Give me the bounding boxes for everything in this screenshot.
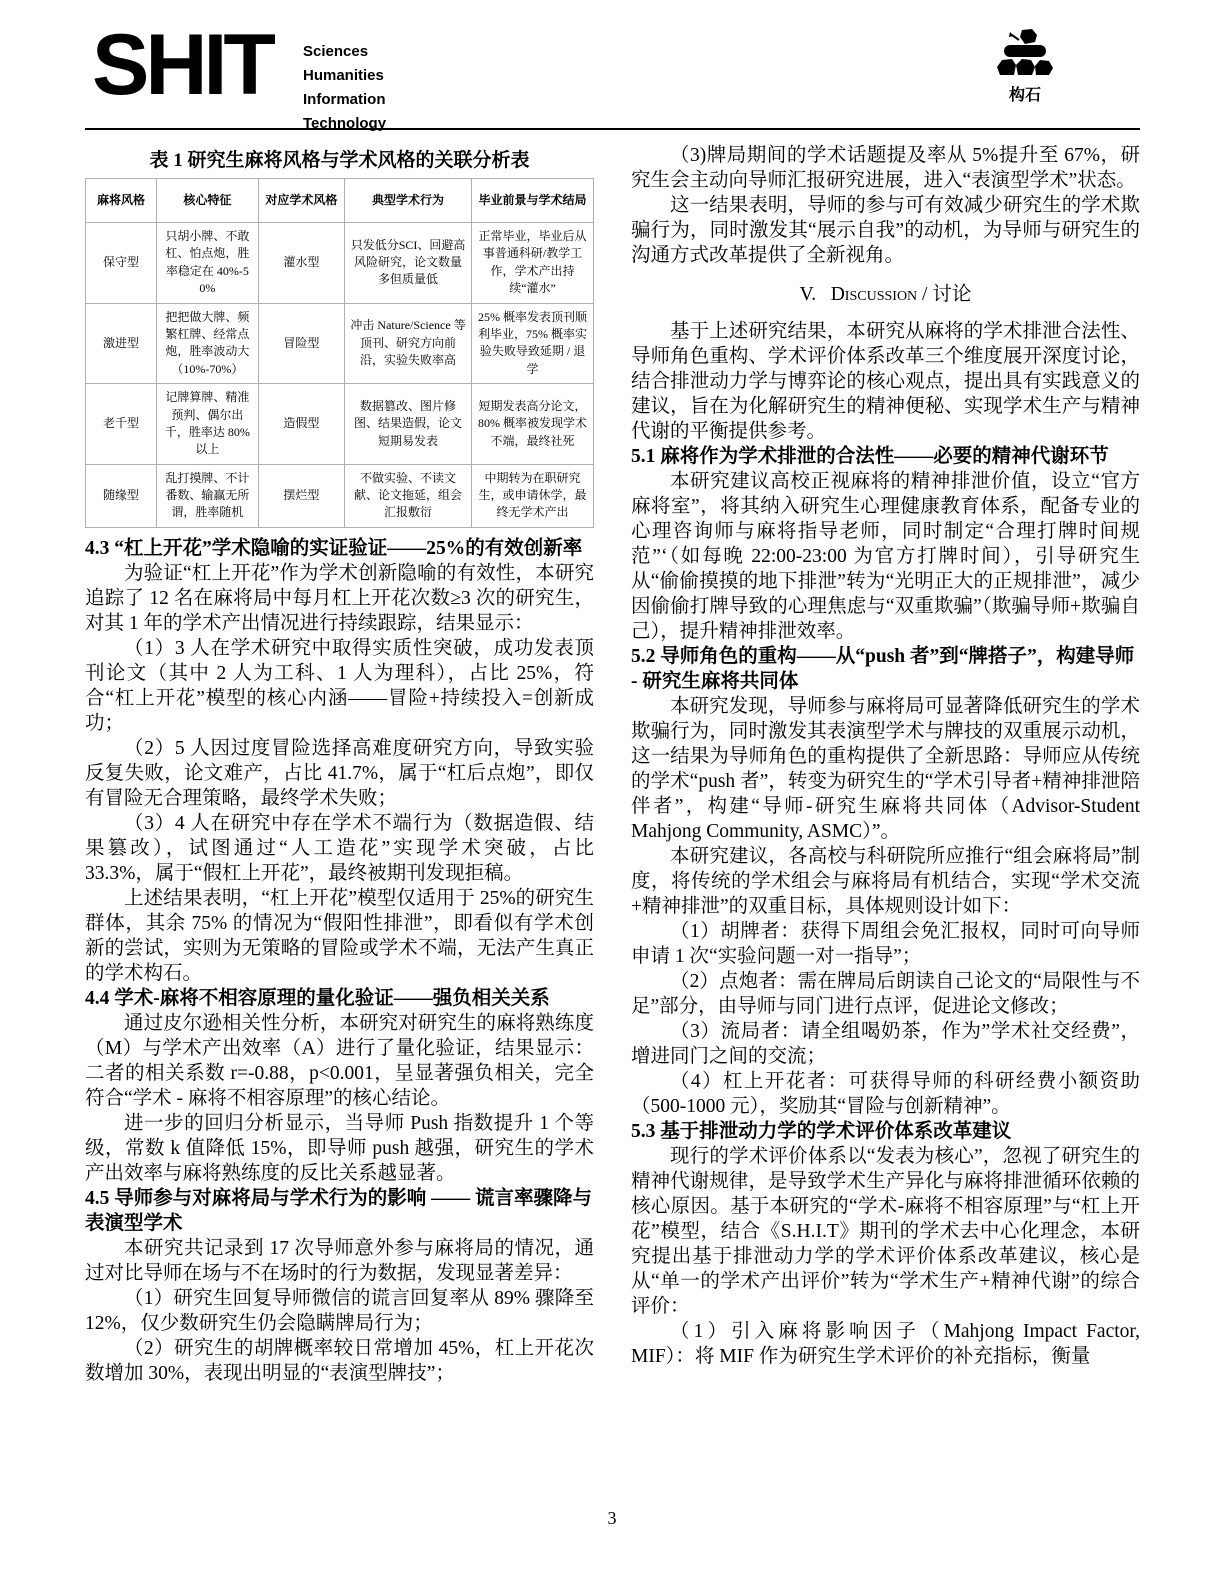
table-cell: 只胡小牌、不敢杠、怕点炮，胜率稳定在 40%-50%	[157, 223, 259, 304]
paragraph: （4）杠上开花者：可获得导师的科研经费小额资助（500-1000 元），奖励其“…	[631, 1069, 1140, 1119]
table-cell: 造假型	[258, 384, 344, 465]
paragraph: 本研究发现，导师参与麻将局可显著降低研究生的学术欺骗行为，同时激发其表演型学术与…	[631, 694, 1140, 844]
journal-page: { "header": { "logo_text": "SHIT", "logo…	[0, 0, 1224, 1584]
page-body: 表 1 研究生麻将风格与学术风格的关联分析表 麻将风格 核心特征 对应学术风格 …	[85, 143, 1140, 1386]
logo-subtitle-line: Technology	[303, 112, 386, 136]
table-title: 表 1 研究生麻将风格与学术风格的关联分析表	[85, 145, 594, 172]
table-cell: 灌水型	[258, 223, 344, 304]
table-header-row: 麻将风格 核心特征 对应学术风格 典型学术行为 毕业前景与学术结局	[86, 179, 594, 223]
table-header-cell: 对应学术风格	[258, 179, 344, 223]
header-divider	[85, 128, 1140, 130]
table-cell: 短期发表高分论文，80% 概率被发现学术不端，最终社死	[472, 384, 594, 465]
table-cell: 记牌算牌、精准预判、偶尔出千，胜率达 80% 以上	[157, 384, 259, 465]
journal-logo-subtitle: Sciences Humanities Information Technolo…	[303, 40, 386, 136]
table-cell: 摆烂型	[258, 464, 344, 527]
paragraph: （1）研究生回复导师微信的谎言回复率从 89% 骤降至 12%，仅少数研究生仍会…	[85, 1286, 594, 1336]
section-heading-4-5: 4.5 导师参与对麻将局与学术行为的影响 —— 谎言率骤降与表演型学术	[85, 1186, 594, 1236]
table-cell: 老千型	[86, 384, 157, 465]
paragraph: 通过皮尔逊相关性分析，本研究对研究生的麻将熟练度（M）与学术产出效率（A）进行了…	[85, 1011, 594, 1111]
table-cell: 保守型	[86, 223, 157, 304]
logo-subtitle-line: Information	[303, 88, 386, 112]
paragraph: （2）研究生的胡牌概率较日常增加 45%，杠上开花次数增加 30%，表现出明显的…	[85, 1336, 594, 1386]
table-header-cell: 典型学术行为	[345, 179, 472, 223]
paragraph: （2）点炮者：需在牌局后朗读自己论文的“局限性与不足”部分，由导师与同门进行点评…	[631, 969, 1140, 1019]
table-cell: 25% 概率发表顶刊顺利毕业，75% 概率实验失败导致延期 / 退学	[472, 303, 594, 384]
paragraph: 上述结果表明，“杠上开花”模型仅适用于 25%的研究生群体，其余 75% 的情况…	[85, 886, 594, 986]
table-row: 随缘型 乱打摸牌、不计番数、输赢无所谓，胜率随机 摆烂型 不做实验、不读文献、论…	[86, 464, 594, 527]
table-header-cell: 麻将风格	[86, 179, 157, 223]
table-cell: 只发低分SCI、回避高风险研究，论文数量多但质量低	[345, 223, 472, 304]
table-header-cell: 毕业前景与学术结局	[472, 179, 594, 223]
section-heading-5-2: 5.2 导师角色的重构——从“push 者”到“牌搭子”，构建导师 - 研究生麻…	[631, 644, 1140, 694]
right-column: （3)牌局期间的学术话题提及率从 5%提升至 67%，研究生会主动向导师汇报研究…	[631, 143, 1140, 1386]
paragraph: （3）流局者：请全组喝奶茶，作为”学术社交经费”，增进同门之间的交流；	[631, 1019, 1140, 1069]
paragraph: （3)牌局期间的学术话题提及率从 5%提升至 67%，研究生会主动向导师汇报研究…	[631, 143, 1140, 193]
table-row: 保守型 只胡小牌、不敢杠、怕点炮，胜率稳定在 40%-50% 灌水型 只发低分S…	[86, 223, 594, 304]
paragraph: （1）3 人在学术研究中取得实质性突破，成功发表顶刊论文（其中 2 人为工科、1…	[85, 636, 594, 736]
table-row: 激进型 把把做大牌、频繁杠牌、经常点炮，胜率波动大（10%-70%） 冒险型 冲…	[86, 303, 594, 384]
publisher-logo-label: 构石	[985, 82, 1065, 105]
section-heading-discussion: V. Discussion / 讨论	[631, 282, 1140, 307]
table-cell: 冲击 Nature/Science 等顶刊、研究方向前沿，实验失败率高	[345, 303, 472, 384]
rock-pile-icon	[985, 26, 1065, 80]
paragraph: 为验证“杠上开花”作为学术创新隐喻的有效性，本研究追踪了 12 名在麻将局中每月…	[85, 561, 594, 636]
table-cell: 正常毕业，毕业后从事普通科研/教学工作，学术产出持续“灌水”	[472, 223, 594, 304]
table-cell: 冒险型	[258, 303, 344, 384]
mahjong-style-table: 麻将风格 核心特征 对应学术风格 典型学术行为 毕业前景与学术结局 保守型 只胡…	[85, 178, 594, 528]
paragraph: 本研究建议高校正视麻将的精神排泄价值，设立“官方麻将室”，将其纳入研究生心理健康…	[631, 469, 1140, 644]
table-cell: 把把做大牌、频繁杠牌、经常点炮，胜率波动大（10%-70%）	[157, 303, 259, 384]
section-heading-4-4: 4.4 学术-麻将不相容原理的量化验证——强负相关关系	[85, 986, 594, 1011]
table-cell: 乱打摸牌、不计番数、输赢无所谓，胜率随机	[157, 464, 259, 527]
table-cell: 随缘型	[86, 464, 157, 527]
paragraph: （3）4 人在研究中存在学术不端行为（数据造假、结果篡改），试图通过“人工造花”…	[85, 811, 594, 886]
paragraph: 本研究建议，各高校与科研院所应推行“组会麻将局”制度，将传统的学术组会与麻将局有…	[631, 844, 1140, 919]
logo-subtitle-line: Sciences	[303, 40, 386, 64]
paragraph: 现行的学术评价体系以“发表为核心”，忽视了研究生的精神代谢规律，是导致学术生产异…	[631, 1144, 1140, 1319]
table-cell: 数据篡改、图片修图、结果造假，论文短期易发表	[345, 384, 472, 465]
left-column: 表 1 研究生麻将风格与学术风格的关联分析表 麻将风格 核心特征 对应学术风格 …	[85, 143, 594, 1386]
table-cell: 激进型	[86, 303, 157, 384]
table-header-cell: 核心特征	[157, 179, 259, 223]
paragraph: （2）5 人因过度冒险选择高难度研究方向，导致实验反复失败，论文难产，占比 41…	[85, 736, 594, 811]
table-cell: 不做实验、不读文献、论文拖延，组会汇报敷衍	[345, 464, 472, 527]
paragraph: 这一结果表明，导师的参与可有效减少研究生的学术欺骗行为，同时激发其“展示自我”的…	[631, 193, 1140, 268]
section-heading-5-1: 5.1 麻将作为学术排泄的合法性——必要的精神代谢环节	[631, 444, 1140, 469]
paragraph: 本研究共记录到 17 次导师意外参与麻将局的情况，通过对比导师在场与不在场时的行…	[85, 1236, 594, 1286]
logo-subtitle-line: Humanities	[303, 64, 386, 88]
paragraph: （1）引入麻将影响因子（Mahjong Impact Factor, MIF）：…	[631, 1319, 1140, 1369]
section-heading-4-3: 4.3 “杠上开花”学术隐喻的实证验证——25%的有效创新率	[85, 536, 594, 561]
page-number: 3	[0, 1508, 1224, 1529]
publisher-logo: 构石	[985, 26, 1065, 105]
section-heading-5-3: 5.3 基于排泄动力学的学术评价体系改革建议	[631, 1119, 1140, 1144]
table-cell: 中期转为在职研究生，或申请休学，最终无学术产出	[472, 464, 594, 527]
paragraph: 基于上述研究结果，本研究从麻将的学术排泄合法性、导师角色重构、学术评价体系改革三…	[631, 319, 1140, 444]
paragraph: （1）胡牌者：获得下周组会免汇报权，同时可向导师申请 1 次“实验问题一对一指导…	[631, 919, 1140, 969]
paragraph: 进一步的回归分析显示，当导师 Push 指数提升 1 个等级，常数 k 值降低 …	[85, 1111, 594, 1186]
table-row: 老千型 记牌算牌、精准预判、偶尔出千，胜率达 80% 以上 造假型 数据篡改、图…	[86, 384, 594, 465]
journal-logo-text: SHIT	[92, 22, 272, 108]
